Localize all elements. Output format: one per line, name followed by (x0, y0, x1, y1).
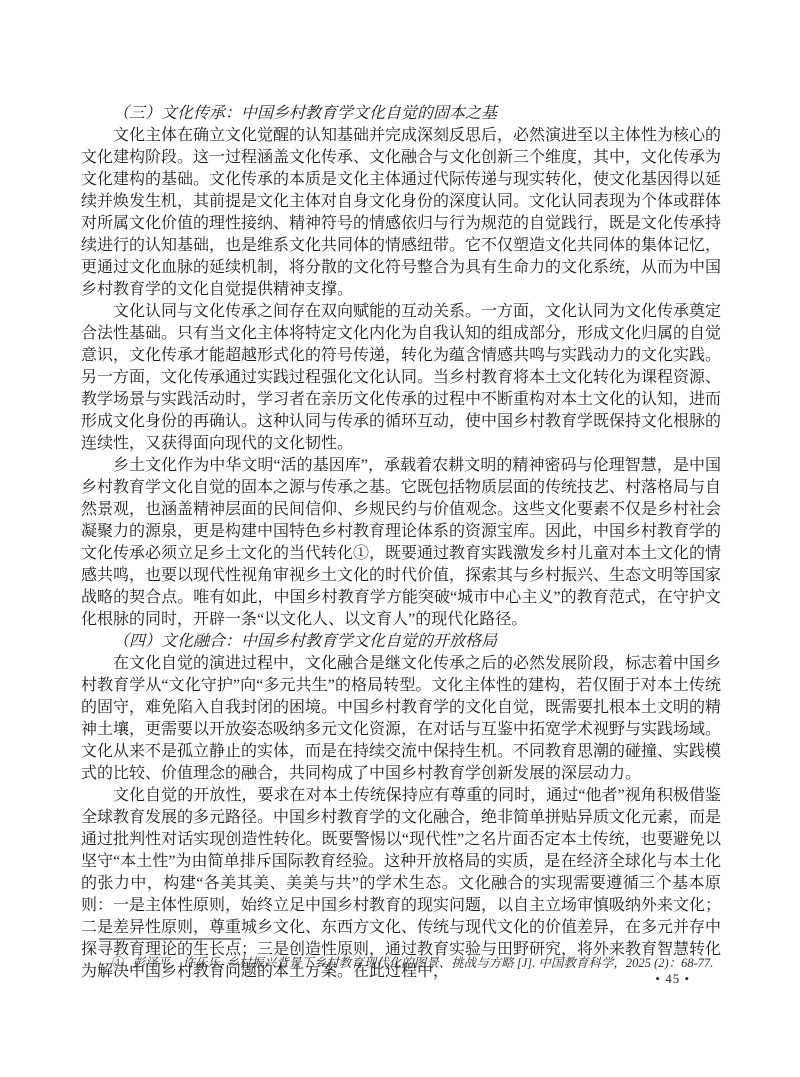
section-culture-integration: （四）文化融合：中国乡村教育学文化自觉的开放格局 在文化自觉的演进过程中，文化融… (81, 631, 721, 983)
paragraph: 文化主体在确立文化觉醒的认知基础并完成深刻反思后，必然演进至以主体性为核心的文化… (81, 125, 721, 301)
paragraph: 文化自觉的开放性，要求在对本土传统保持应有尊重的同时，通过“他者”视角积极借鉴全… (81, 785, 721, 983)
section-culture-inheritance: （三）文化传承：中国乡村教育学文化自觉的固本之基 文化主体在确立文化觉醒的认知基… (81, 103, 721, 631)
paragraph: 乡土文化作为中华文明“活的基因库”，承载着农耕文明的精神密码与伦理智慧，是中国乡… (81, 455, 721, 631)
section-heading-4: （四）文化融合：中国乡村教育学文化自觉的开放格局 (81, 631, 721, 653)
page-body: （三）文化传承：中国乡村教育学文化自觉的固本之基 文化主体在确立文化觉醒的认知基… (81, 103, 721, 983)
paragraph: 文化认同与文化传承之间存在双向赋能的互动关系。一方面，文化认同为文化传承奠定合法… (81, 301, 721, 455)
footnote-divider (99, 938, 241, 940)
paragraph: 在文化自觉的演进过程中，文化融合是继文化传承之后的必然发展阶段，标志着中国乡村教… (81, 653, 721, 785)
footnote: ①彭泽平，许乐乐. 乡村振兴背景下乡村教育现代化的图景、挑战与方略 [J]. 中… (112, 955, 720, 971)
page-number: • 45 • (655, 971, 690, 987)
footnote-text: 彭泽平，许乐乐. 乡村振兴背景下乡村教育现代化的图景、挑战与方略 [J]. 中国… (133, 956, 714, 970)
section-heading-3: （三）文化传承：中国乡村教育学文化自觉的固本之基 (81, 103, 721, 125)
footnote-marker: ① (112, 956, 125, 970)
document-page: （三）文化传承：中国乡村教育学文化自觉的固本之基 文化主体在确立文化觉醒的认知基… (0, 0, 800, 1077)
